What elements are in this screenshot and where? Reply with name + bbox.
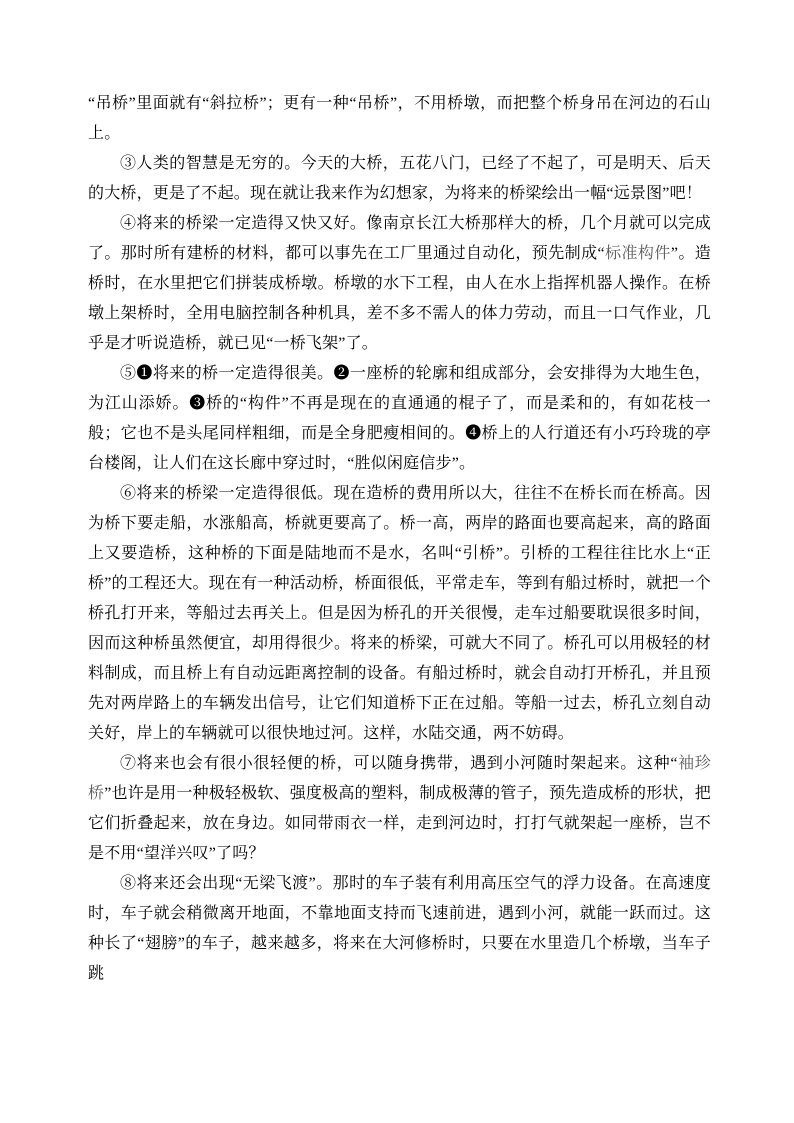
text-block: “吊桥”里面就有“斜拉桥”；更有一种“吊桥”，不用桥墩，而把整个桥身吊在河边的石… — [88, 89, 711, 989]
text-segment: “吊桥”里面就有“斜拉桥”；更有一种“吊桥”，不用桥墩，而把整个桥身吊在河边的石… — [88, 95, 711, 142]
document-page: “吊桥”里面就有“斜拉桥”；更有一种“吊桥”，不用桥墩，而把整个桥身吊在河边的石… — [0, 0, 794, 1123]
text-segment: ”也许是用一种极轻极软、强度极高的塑料，制成极薄的管子，预先造成桥的形状，把它们… — [88, 785, 711, 862]
text-segment: ③人类的智慧是无穷的。今天的大桥，五花八门，已经了不起了，可是明天、后天的大桥，… — [88, 155, 711, 202]
paragraph-7: ⑦将来也会有很小很轻便的桥，可以随身携带，遇到小河随时架起来。这种“袖珍桥”也许… — [88, 749, 711, 869]
highlighted-term: 标准构件 — [605, 245, 671, 262]
text-segment: ⑥将来的桥梁一定造得很低。现在造桥的费用所以大，往往不在桥长而在桥高。因为桥下要… — [88, 485, 711, 742]
paragraph-6: ⑥将来的桥梁一定造得很低。现在造桥的费用所以大，往往不在桥长而在桥高。因为桥下要… — [88, 479, 711, 749]
paragraph-3: ③人类的智慧是无穷的。今天的大桥，五花八门，已经了不起了，可是明天、后天的大桥，… — [88, 149, 711, 209]
text-segment: ⑤❶将来的桥一定造得很美。❷一座桥的轮廓和组成部分，会安排得为大地生色，为江山添… — [88, 365, 711, 472]
text-segment: ⑧将来还会出现“无梁飞渡”。那时的车子装有利用高压空气的浮力设备。在高速度时，车… — [88, 875, 711, 982]
paragraph-5: ⑤❶将来的桥一定造得很美。❷一座桥的轮廓和组成部分，会安排得为大地生色，为江山添… — [88, 359, 711, 479]
text-segment: ⑦将来也会有很小很轻便的桥，可以随身携带，遇到小河随时架起来。这种“ — [120, 755, 678, 772]
paragraph-4: ④将来的桥梁一定造得又快又好。像南京长江大桥那样大的桥，几个月就可以完成了。那时… — [88, 209, 711, 359]
paragraph-2-continuation: “吊桥”里面就有“斜拉桥”；更有一种“吊桥”，不用桥墩，而把整个桥身吊在河边的石… — [88, 89, 711, 149]
paragraph-8: ⑧将来还会出现“无梁飞渡”。那时的车子装有利用高压空气的浮力设备。在高速度时，车… — [88, 869, 711, 989]
